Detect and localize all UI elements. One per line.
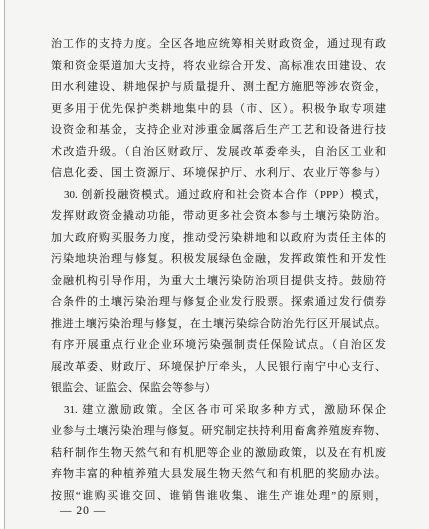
text-line: 信息化委、国土资源厅、环境保护厅、水利厅、农业厅等参与） xyxy=(51,163,386,185)
document-page: 治工作的支持力度。全区各地应统筹相关财政资金，通过现有政策和资金渠道加大支持，将… xyxy=(0,0,429,529)
text-line: 术改造升级。（自治区财政厅、发展改革委牵头，自治区工业和 xyxy=(51,142,386,164)
text-line: 展改革委、财政厅、环境保护厅牵头，人民银行南宁中心支行、 xyxy=(51,357,386,379)
text-line: 田水利建设、耕地保护与质量提升、测土配方施肥等涉农资金， xyxy=(51,77,386,99)
text-line: 30. 创新投融资模式。通过政府和社会资本合作（PPP）模式， xyxy=(51,185,386,207)
text-line: 发挥财政资金撬动功能，带动更多社会资本参与土壤污染防治。 xyxy=(51,206,386,228)
text-line: 更多用于优先保护类耕地集中的县（市、区）。积极争取专项建 xyxy=(51,99,386,121)
text-line: 31. 建立激励政策。全区各市可采取多种方式，激励环保企 xyxy=(51,400,386,422)
text-line: 治工作的支持力度。全区各地应统筹相关财政资金，通过现有政 xyxy=(51,34,386,56)
text-line: 金融机构引导作用，为重大土壤污染防治项目提供支持。鼓励符 xyxy=(51,271,386,293)
text-line: 推进土壤污染治理与修复，在土壤污染综合防治先行区开展试点。 xyxy=(51,314,386,336)
text-line: 设资金和基金，支持企业对涉重金属落后生产工艺和设备进行技 xyxy=(51,120,386,142)
text-line: 银监会、证监会、保监会等参与） xyxy=(51,378,386,400)
document-body: 治工作的支持力度。全区各地应统筹相关财政资金，通过现有政策和资金渠道加大支持，将… xyxy=(51,34,386,507)
text-line: 秸秆制作生物天然气和有机肥等企业的激励政策，以及在有机废 xyxy=(51,443,386,465)
page-number: — 20 — xyxy=(60,503,106,519)
text-line: 污染地块治理与修复。积极发展绿色金融，发挥政策性和开发性 xyxy=(51,249,386,271)
text-line: 有序开展重点行业企业环境污染强制责任保险试点。（自治区发 xyxy=(51,335,386,357)
text-line: 策和资金渠道加大支持，将农业综合开发、高标准农田建设、农 xyxy=(51,56,386,78)
page-edge-line xyxy=(4,0,5,529)
text-line: 加大政府购买服务力度，推动受污染耕地和以政府为责任主体的 xyxy=(51,228,386,250)
text-line: 合条件的土壤污染治理与修复企业发行股票。探索通过发行债券 xyxy=(51,292,386,314)
text-line: 业参与土壤污染治理与修复。研究制定扶持利用畜禽养殖废弃物、 xyxy=(51,421,386,443)
text-line: 弃物丰富的种植养殖大县发展生物天然气和有机肥的奖励办法。 xyxy=(51,464,386,486)
